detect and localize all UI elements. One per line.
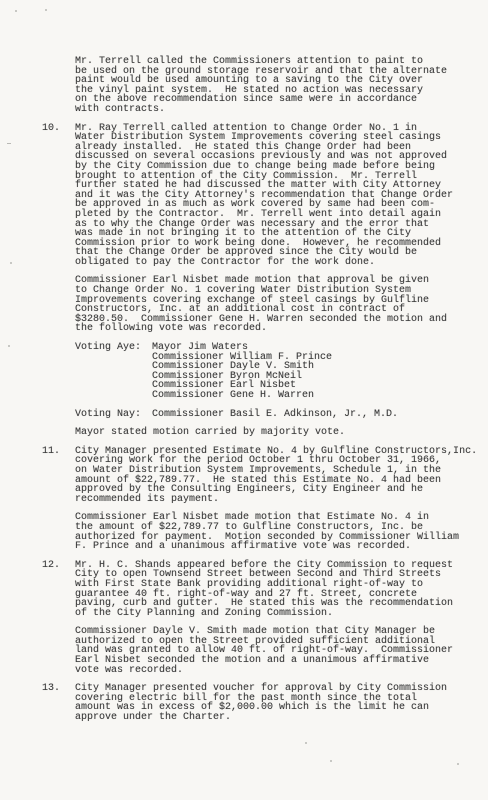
item-body: Mr. Ray Terrell called attention to Chan… bbox=[75, 124, 488, 447]
agenda-item-13: 13. City Manager presented voucher for a… bbox=[42, 684, 488, 731]
scan-speckle bbox=[8, 345, 10, 347]
scan-speckle bbox=[305, 742, 307, 744]
voting-nay-block: Voting Nay: Commissioner Basil E. Adkins… bbox=[75, 410, 488, 420]
item-10-paragraph-2: Commissioner Earl Nisbet made motion tha… bbox=[75, 276, 488, 334]
document-page: Mr. Terrell called the Commissioners att… bbox=[0, 0, 488, 800]
scan-speckle bbox=[7, 143, 11, 144]
item-12-paragraph-1: Mr. H. C. Shands appeared before the Cit… bbox=[75, 561, 488, 619]
scan-speckle bbox=[45, 9, 47, 11]
voting-aye-names: Mayor Jim Waters Commissioner William F.… bbox=[152, 343, 332, 401]
item-number: 10. bbox=[42, 124, 75, 134]
voting-nay-names: Commissioner Basil E. Adkinson, Jr., M.D… bbox=[152, 410, 398, 420]
scan-speckle bbox=[10, 262, 12, 264]
item-11-paragraph-1: City Manager presented Estimate No. 4 by… bbox=[75, 447, 488, 505]
item-10-paragraph-1: Mr. Ray Terrell called attention to Chan… bbox=[75, 124, 488, 268]
agenda-item-11: 11. City Manager presented Estimate No. … bbox=[42, 447, 488, 561]
motion-result: Mayor stated motion carried by majority … bbox=[75, 428, 488, 438]
scan-speckle bbox=[457, 763, 459, 765]
item-11-paragraph-2: Commissioner Earl Nisbet made motion tha… bbox=[75, 513, 488, 551]
intro-paragraph: Mr. Terrell called the Commissioners att… bbox=[75, 57, 488, 115]
item-number: 12. bbox=[42, 561, 75, 571]
item-body: City Manager presented voucher for appro… bbox=[75, 684, 488, 731]
voting-aye-label: Voting Aye: bbox=[75, 343, 152, 401]
agenda-item-10: 10. Mr. Ray Terrell called attention to … bbox=[42, 124, 488, 447]
voting-aye-name: Commissioner Gene H. Warren bbox=[152, 391, 332, 401]
item-13-paragraph-1: City Manager presented voucher for appro… bbox=[75, 684, 488, 722]
item-12-paragraph-2: Commissioner Dayle V. Smith made motion … bbox=[75, 627, 488, 675]
scan-speckle bbox=[330, 760, 332, 762]
item-body: Mr. H. C. Shands appeared before the Cit… bbox=[75, 561, 488, 685]
voting-aye-block: Voting Aye: Mayor Jim Waters Commissione… bbox=[75, 343, 488, 401]
scan-speckle bbox=[15, 10, 17, 12]
agenda-item-12: 12. Mr. H. C. Shands appeared before the… bbox=[42, 561, 488, 685]
item-body: City Manager presented Estimate No. 4 by… bbox=[75, 447, 488, 561]
voting-nay-label: Voting Nay: bbox=[75, 410, 152, 420]
item-number: 13. bbox=[42, 684, 75, 694]
voting-nay-name: Commissioner Basil E. Adkinson, Jr., M.D… bbox=[152, 410, 398, 420]
item-number: 11. bbox=[42, 447, 75, 457]
